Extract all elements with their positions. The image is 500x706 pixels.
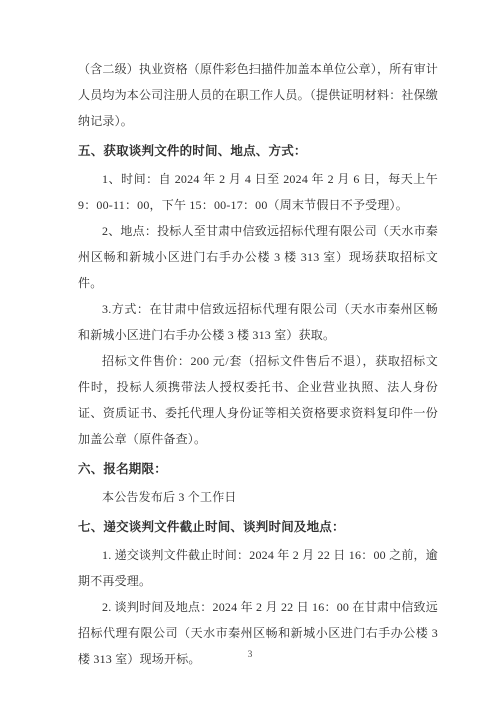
- document-body: （含二级）执业资格（原件彩色扫描件加盖本单位公章），所有审计人员均为本公司注册人…: [78, 56, 438, 672]
- section-heading: 五、获取谈判文件的时间、地点、方式：: [78, 138, 438, 164]
- paragraph: 2、地点：投标人至甘肃中信致远招标代理有限公司（天水市秦州区畅和新城小区进门右手…: [78, 218, 438, 296]
- document-page: （含二级）执业资格（原件彩色扫描件加盖本单位公章），所有审计人员均为本公司注册人…: [0, 0, 500, 706]
- paragraph: 本公告发布后 3 个工作日: [78, 484, 438, 510]
- paragraph: 1、时间：自 2024 年 2 月 4 日至 2024 年 2 月 6 日，每天…: [78, 166, 438, 218]
- section-heading: 七、递交谈判文件截止时间、谈判时间及地点：: [78, 514, 438, 540]
- paragraph: 1. 递交谈判文件截止时间：2024 年 2 月 22 日 16：00 之前，逾…: [78, 542, 438, 594]
- paragraph: 招标文件售价：200 元/套（招标文件售后不退），获取招标文件时，投标人须携带法…: [78, 348, 438, 452]
- section-heading: 六、报名期限：: [78, 456, 438, 482]
- paragraph: （含二级）执业资格（原件彩色扫描件加盖本单位公章），所有审计人员均为本公司注册人…: [78, 56, 438, 134]
- page-number: 3: [0, 648, 500, 662]
- paragraph: 3.方式：在甘肃中信致远招标代理有限公司（天水市秦州区畅和新城小区进门右手办公楼…: [78, 296, 438, 348]
